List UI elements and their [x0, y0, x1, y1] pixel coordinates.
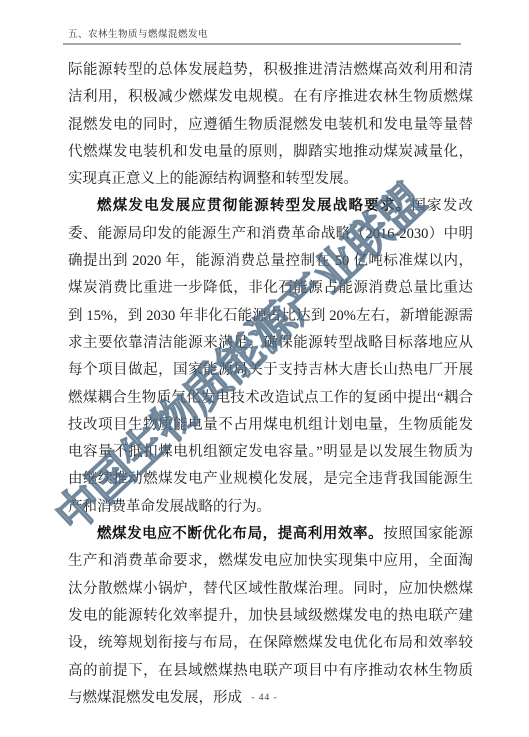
paragraph-text: 按照国家能源生产和消费革命要求，燃煤发电应加快实现集中应用，全面淘汰分散燃煤小锅… — [68, 526, 473, 706]
paragraph-energy-transition-continuation: 际能源转型的总体发展趋势，积极推进清洁燃煤高效利用和清洁利用，积极减少燃煤发电规… — [68, 57, 473, 193]
page-footer: - 44 - — [0, 693, 529, 703]
paragraph-text: 国家发改委、能源局印发的能源生产和消费革命战略（2016-2030）中明确提出到… — [68, 198, 473, 514]
header-rule — [63, 43, 461, 45]
paragraph-bold-lead: 燃煤发电应不断优化布局，提高利用效率。 — [97, 526, 383, 542]
paragraph-text: 际能源转型的总体发展趋势，积极推进清洁燃煤高效利用和清洁利用，积极减少燃煤发电规… — [68, 62, 473, 187]
document-page: 五、农林生物质与燃煤混燃发电 际能源转型的总体发展趋势，积极推进清洁燃煤高效利用… — [0, 0, 529, 737]
paragraph-coal-power-layout: 燃煤发电应不断优化布局，提高利用效率。按照国家能源生产和消费革命要求，燃煤发电应… — [68, 521, 473, 712]
page-number: - 44 - — [251, 693, 278, 703]
paragraph-bold-lead: 燃煤发电发展应贯彻能源转型发展战略要求。 — [97, 198, 411, 214]
header-title: 五、农林生物质与燃煤混燃发电 — [63, 26, 461, 43]
page-header: 五、农林生物质与燃煤混燃发电 — [63, 26, 461, 45]
paragraph-coal-power-strategy: 燃煤发电发展应贯彻能源转型发展战略要求。国家发改委、能源局印发的能源生产和消费革… — [68, 193, 473, 521]
document-body: 际能源转型的总体发展趋势，积极推进清洁燃煤高效利用和清洁利用，积极减少燃煤发电规… — [68, 57, 473, 712]
